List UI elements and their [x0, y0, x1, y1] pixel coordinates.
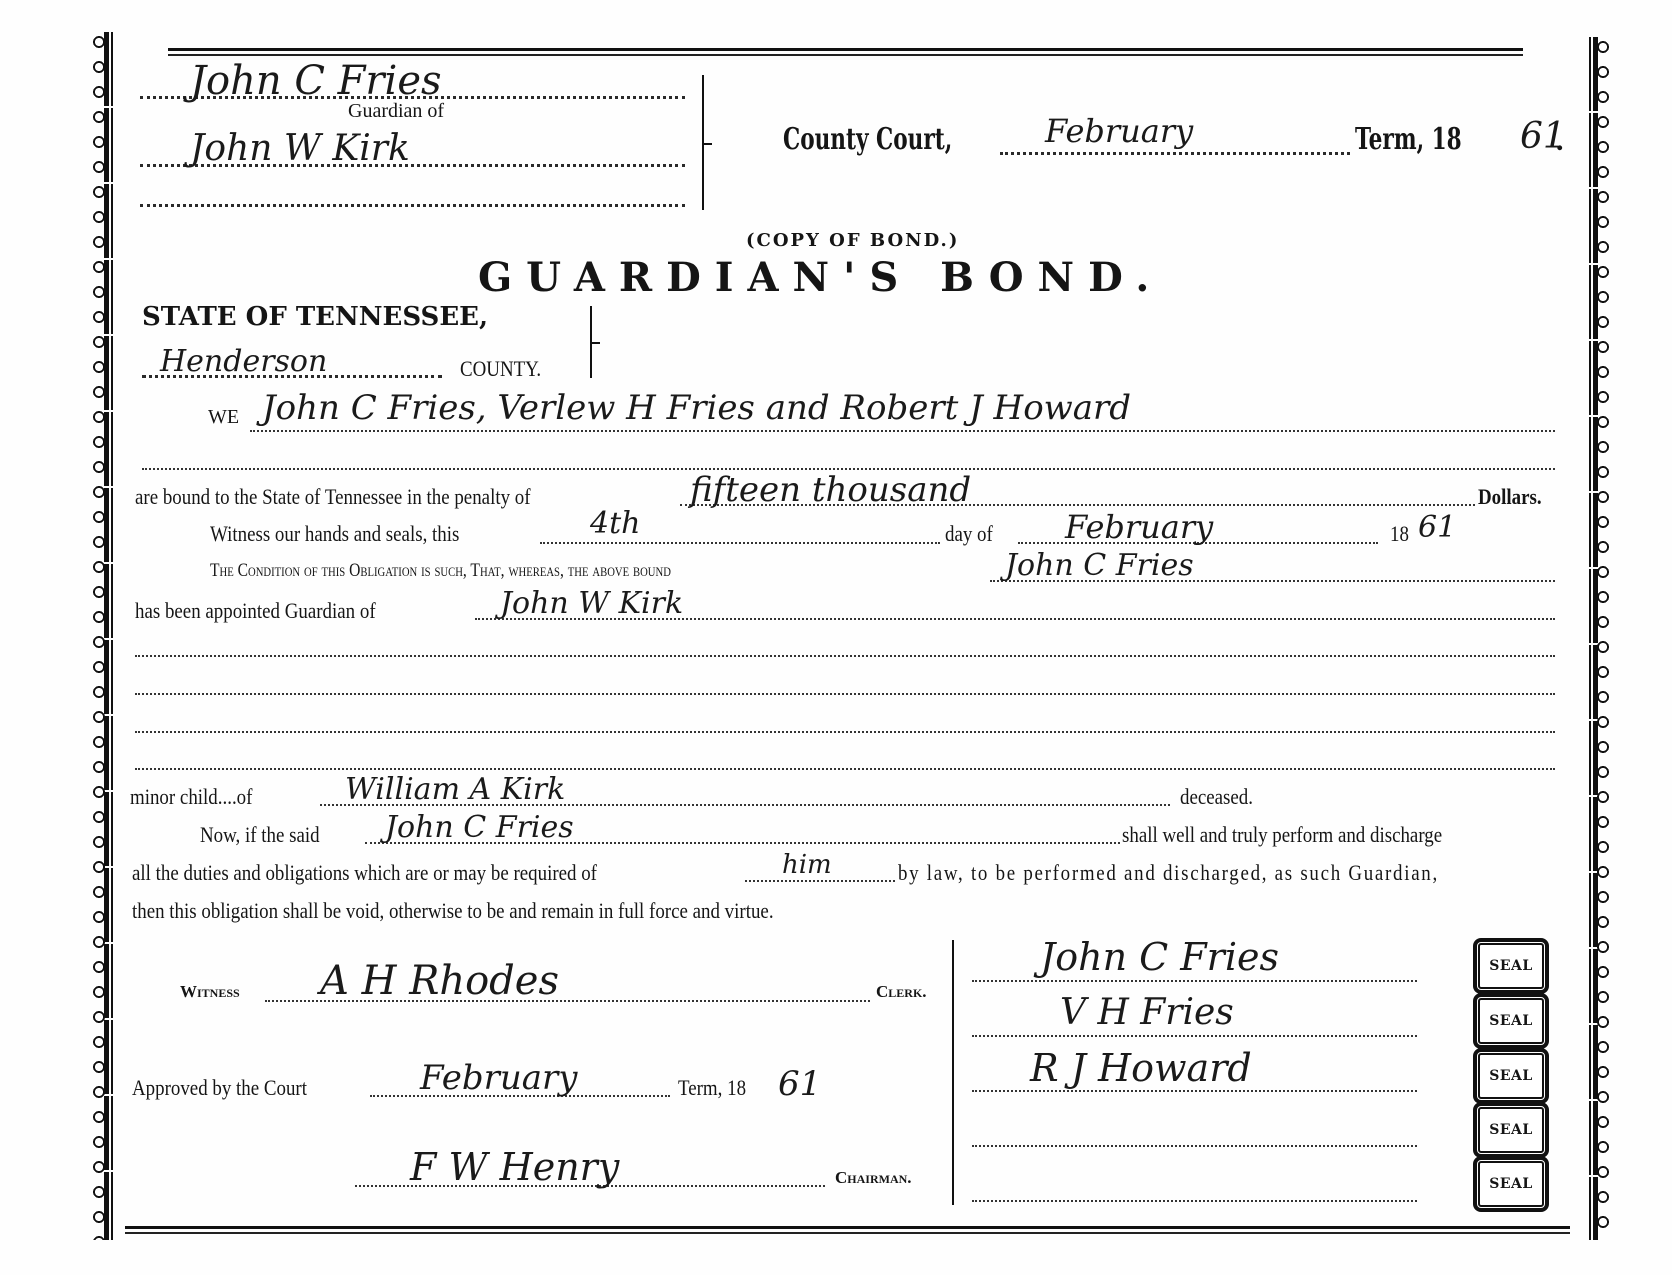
state-label: STATE OF TENNESSEE,	[142, 302, 488, 332]
obligors-names: John C Fries, Verlew H Fries and Robert …	[262, 388, 1131, 428]
chairman-label: Chairman.	[835, 1168, 912, 1188]
court-term-month: February	[1045, 112, 1193, 150]
shall-text: shall well and truly perform and dischar…	[1122, 822, 1442, 848]
seal-box: SEAL	[1475, 1050, 1547, 1102]
venue-brace	[580, 306, 592, 378]
month-value: February	[1065, 508, 1213, 546]
void-text: then this obligation shall be void, othe…	[132, 898, 774, 924]
minor-child-label: minor child....of	[130, 784, 252, 810]
pronoun: him	[782, 850, 832, 880]
we-label: WE	[208, 406, 239, 429]
now-text: Now, if the said	[200, 822, 320, 848]
blank-line	[135, 655, 1555, 657]
signatures-brace	[952, 940, 958, 1205]
witness-signature: A H Rhodes	[320, 958, 559, 1004]
deceased-label: deceased.	[1180, 784, 1253, 810]
term-label: Term, 18	[1355, 122, 1462, 157]
day-value: 4th	[590, 506, 640, 541]
right-ornamental-border	[1586, 35, 1612, 1240]
county-label: COUNTY.	[460, 356, 541, 382]
duties-text: all the duties and obligations which are…	[132, 860, 597, 886]
deceased-parent: William A Kirk	[345, 772, 565, 807]
day-of-label: day of	[945, 521, 993, 547]
seal-box: SEAL	[1475, 995, 1547, 1047]
chairman-signature: F W Henry	[410, 1145, 619, 1189]
blank-line	[135, 693, 1555, 695]
dollars-label: Dollars.	[1478, 484, 1542, 510]
bound-text: are bound to the State of Tennessee in t…	[135, 484, 531, 510]
copy-of-bond-subtitle: (COPY OF BOND.)	[746, 230, 959, 251]
approved-year-suffix: 61	[778, 1064, 821, 1104]
approved-label: Approved by the Court	[132, 1075, 307, 1101]
docket-brace	[692, 75, 704, 210]
approved-term-label: Term, 18	[678, 1075, 746, 1101]
appointed-ward: John W Kirk	[500, 586, 683, 621]
clerk-label: Clerk.	[876, 982, 927, 1002]
page-title: GUARDIAN'S BOND.	[478, 254, 1163, 301]
seal-box: SEAL	[1475, 1104, 1547, 1156]
guardian-of-label: Guardian of	[348, 100, 444, 123]
bottom-rule	[125, 1226, 1570, 1229]
blank-line	[135, 768, 1555, 770]
county-court-label: County Court,	[783, 122, 952, 157]
witness-date-text: Witness our hands and seals, this	[210, 521, 459, 547]
signature-name: R J Howard	[1030, 1046, 1252, 1090]
top-rule	[168, 48, 1523, 51]
seal-box: SEAL	[1475, 1158, 1547, 1210]
docket-guardian-name: John C Fries	[190, 58, 442, 104]
year-suffix: 61	[1418, 510, 1456, 545]
penalty-amount: fifteen thousand	[690, 470, 971, 510]
signature-name: V H Fries	[1060, 992, 1234, 1033]
docket-ward-name: John W Kirk	[190, 128, 410, 169]
county-name: Henderson	[160, 344, 327, 379]
signature-name: John C Fries	[1040, 935, 1279, 979]
year-prefix: 18	[1390, 521, 1409, 547]
condition-text: The Condition of this Obligation is such…	[210, 560, 671, 582]
blank-line	[135, 731, 1555, 733]
seal-box: SEAL	[1475, 940, 1547, 992]
principal-name: John C Fries	[1005, 548, 1194, 583]
approved-month: February	[420, 1058, 578, 1098]
law-text: by law, to be performed and discharged, …	[898, 860, 1439, 886]
appointed-text: has been appointed Guardian of	[135, 598, 376, 624]
witness-label: Witness	[180, 982, 240, 1002]
said-name: John C Fries	[385, 810, 574, 845]
term-period: .	[1556, 124, 1564, 158]
left-ornamental-border	[90, 30, 116, 1240]
